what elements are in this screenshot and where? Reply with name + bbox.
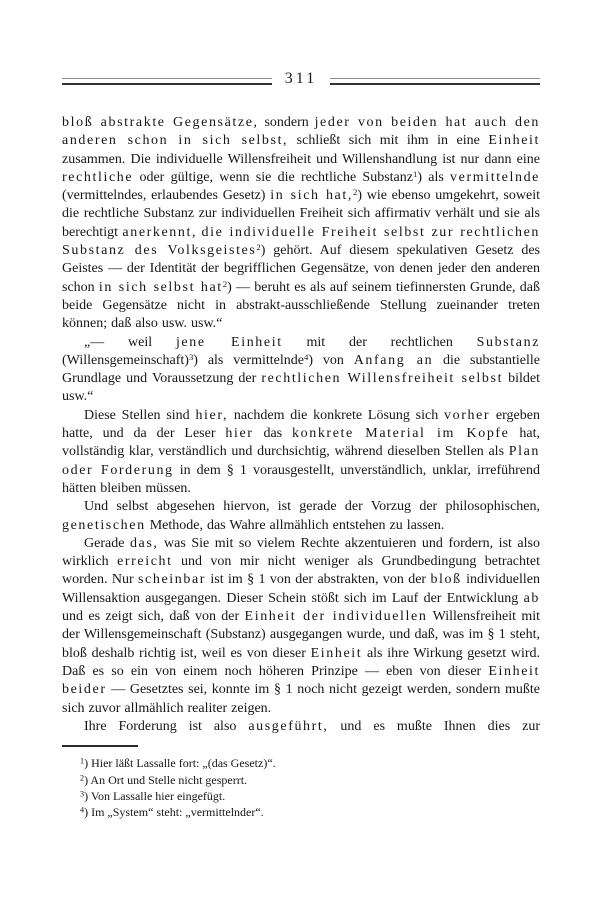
emphasized-text: genetischen xyxy=(62,518,146,533)
footnote: 4) Im „System“ steht: „vermittelnder“. xyxy=(62,804,540,820)
text-segment: „— weil xyxy=(84,335,176,350)
emphasized-text: Einheit der individuellen xyxy=(245,609,428,624)
footnotes-section: 1) Hier läßt Lassalle fort: „(das Gesetz… xyxy=(62,745,540,821)
emphasized-text: vermittelnde xyxy=(450,170,540,185)
text-segment: Gerade xyxy=(84,536,130,551)
emphasized-text: bloß xyxy=(430,572,461,587)
footnote: 1) Hier läßt Lassalle fort: „(das Gesetz… xyxy=(62,755,540,771)
header-rule-left xyxy=(62,78,272,85)
page-number: 311 xyxy=(285,70,317,88)
text-segment: zusammen. Die individuelle Willensfreihe… xyxy=(62,152,540,167)
emphasized-text: anerkennt, xyxy=(122,225,197,240)
footnote-list: 1) Hier läßt Lassalle fort: „(das Gesetz… xyxy=(62,755,540,821)
footnote: 3) Von Lassalle hier eingefügt. xyxy=(62,788,540,804)
emphasized-text: Einheit xyxy=(488,133,540,148)
paragraph: „— weil jene Einheit mit der rechtlichen… xyxy=(62,334,540,407)
emphasized-text: das, xyxy=(130,536,159,551)
book-page: 311 bloß abstrakte Gegensätze, sondern j… xyxy=(0,0,600,919)
footnote: 2) An Ort und Stelle nicht gesperrt. xyxy=(62,772,540,788)
emphasized-text: vorher xyxy=(444,408,490,423)
text-segment: ) Hier läßt Lassalle fort: „(das Gesetz)… xyxy=(84,756,276,770)
text-segment: schließt sich mit ihm in eine xyxy=(288,133,488,148)
text-segment: ) Im „System“ steht: „vermittelnder“. xyxy=(84,805,264,819)
emphasized-text: rechtliche xyxy=(62,170,133,185)
text-segment: ) als xyxy=(417,170,450,185)
text-segment: ist im § 1 von der abstrakten, von der xyxy=(206,572,430,587)
emphasized-text: ausgeführt, xyxy=(248,719,328,734)
header-rule-right xyxy=(330,78,540,85)
text-segment: (vermittelndes, erlaubendes Gesetz) xyxy=(62,188,270,203)
text-segment: Diese Stellen sind xyxy=(84,408,195,423)
emphasized-text: Anfang an xyxy=(354,353,433,368)
text-segment: sondern xyxy=(259,115,315,130)
emphasized-text: rechtlichen Willensfreiheit selbst xyxy=(261,371,503,386)
page-body: bloß abstrakte Gegensätze, sondern jeder… xyxy=(62,114,540,736)
paragraph: Und selbst abgesehen hiervon, ist gerade… xyxy=(62,498,540,535)
text-segment: Methode, das Wahre allmählich entstehen … xyxy=(146,518,445,533)
emphasized-text: scheinbar xyxy=(138,572,206,587)
text-segment: ) Von Lassalle hier eingefügt. xyxy=(84,789,225,803)
footnote-separator xyxy=(62,745,138,747)
text-segment: — Gesetztes sei, konnte im § 1 noch nich… xyxy=(62,682,540,715)
emphasized-text: ab xyxy=(524,591,540,606)
emphasized-text: in sich hat, xyxy=(270,188,353,203)
paragraph: Diese Stellen sind hier, nachdem die kon… xyxy=(62,407,540,498)
text-segment: das xyxy=(254,426,292,441)
text-segment: (Willensgemeinschaft) xyxy=(62,353,189,368)
text-segment: nachdem die konkrete Lösung sich xyxy=(228,408,444,423)
emphasized-text: Substanz xyxy=(477,335,540,350)
emphasized-text: in sich selbst hat xyxy=(99,280,223,295)
text-segment: und es zeigt sich, daß von der xyxy=(62,609,245,624)
text-segment: mit der rechtlichen xyxy=(283,335,477,350)
text-segment: ) von xyxy=(308,353,353,368)
emphasized-text: konkrete Material im Kopfe xyxy=(292,426,509,441)
emphasized-text: hier xyxy=(225,426,253,441)
text-segment: ) An Ort und Stelle nicht gesperrt. xyxy=(84,773,247,787)
text-segment: Ihre Forderung ist also xyxy=(84,719,248,734)
text-segment: ) als vermittelnde xyxy=(193,353,304,368)
emphasized-text: bloß abstrakte Gegensätze, xyxy=(62,115,259,130)
paragraph: Ihre Forderung ist also ausgeführt, und … xyxy=(62,718,540,736)
text-segment: Und selbst abgesehen hiervon, ist gerade… xyxy=(84,499,540,514)
text-segment: oder gültige, wenn sie die rechtliche Su… xyxy=(133,170,413,185)
emphasized-text: jene Einheit xyxy=(176,335,283,350)
emphasized-text: erreicht xyxy=(117,554,173,569)
page-header: 311 xyxy=(62,72,540,90)
text-segment: und es mußte Ihnen dies zur xyxy=(329,719,540,734)
emphasized-text: Einheit xyxy=(311,646,363,661)
paragraph: Gerade das, was Sie mit so vielem Rechte… xyxy=(62,535,540,718)
emphasized-text: hier, xyxy=(195,408,228,423)
paragraph: bloß abstrakte Gegensätze, sondern jeder… xyxy=(62,114,540,334)
